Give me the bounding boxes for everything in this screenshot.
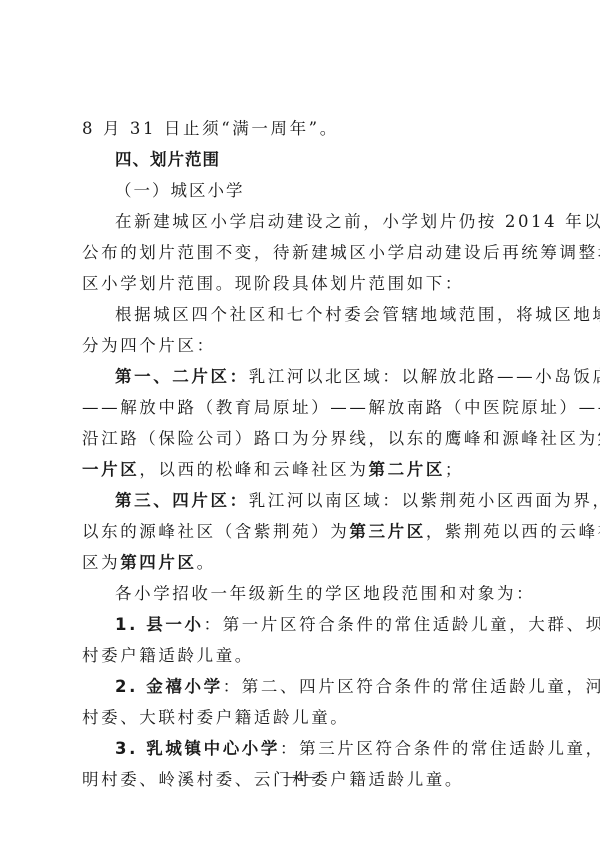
school-name: 3. 乳城镇中心小学 bbox=[115, 739, 280, 758]
line-text: 根据城区四个社区和七个村委会管辖地域范围，将城区地域 bbox=[115, 305, 600, 324]
paragraph-line: 分为四个片区： bbox=[82, 330, 524, 361]
paragraph-line: 在新建城区小学启动建设之前，小学划片仍按 2014 年以来 bbox=[82, 206, 524, 237]
subsection-heading: （一）城区小学 bbox=[82, 175, 524, 206]
line-text: 村委、大联村委户籍适龄儿童。 bbox=[82, 708, 349, 727]
line-text: 各小学招收一年级新生的学区地段范围和对象为： bbox=[115, 584, 535, 603]
subsection-heading-text: （一）城区小学 bbox=[115, 181, 245, 200]
body-text: 8 月 31 日止须“满一周年”。 四、划片范围 （一）城区小学 在新建城区小学… bbox=[82, 113, 524, 795]
bold-term: 第三片区 bbox=[349, 522, 425, 541]
line-text: 乳江河以北区域：以解放北路——小岛饭店 bbox=[249, 367, 600, 386]
paragraph-line: 一片区，以西的松峰和云峰社区为第二片区； bbox=[82, 454, 524, 485]
paragraph-line: ——解放中路（教育局原址）——解放南路（中医院原址）—— bbox=[82, 392, 524, 423]
line-text: 8 月 31 日止须“满一周年”。 bbox=[82, 119, 339, 138]
paragraph-line: 以东的源峰社区（含紫荆苑）为第三片区，紫荆苑以西的云峰社 bbox=[82, 516, 524, 547]
bold-label: 第三、四片区： bbox=[115, 491, 249, 510]
paragraph-line: 村委户籍适龄儿童。 bbox=[82, 640, 524, 671]
line-text: ，紫荆苑以西的云峰社 bbox=[426, 522, 600, 541]
line-text: ：第二、四片区符合条件的常住适龄儿童，河北 bbox=[223, 677, 600, 696]
paragraph-line: 第三、四片区：乳江河以南区域：以紫荆苑小区西面为界， bbox=[82, 485, 524, 516]
line-text: 公布的划片范围不变，待新建城区小学启动建设后再统筹调整城 bbox=[82, 243, 600, 262]
bold-term: 一片区 bbox=[82, 460, 139, 479]
paragraph-line: 8 月 31 日止须“满一周年”。 bbox=[82, 113, 524, 144]
school-name: 2. 金禧小学 bbox=[115, 677, 223, 696]
school-name: 1. 县一小 bbox=[115, 615, 204, 634]
paragraph-line: 根据城区四个社区和七个村委会管辖地域范围，将城区地域 bbox=[82, 299, 524, 330]
page-number: —4— bbox=[0, 770, 600, 785]
line-text: 区为 bbox=[82, 553, 120, 572]
line-text: ； bbox=[445, 460, 464, 479]
section-heading: 四、划片范围 bbox=[82, 144, 524, 175]
school-item: 1. 县一小：第一片区符合条件的常住适龄儿童，大群、坝厂 bbox=[82, 609, 524, 640]
line-text: ——解放中路（教育局原址）——解放南路（中医院原址）—— bbox=[82, 398, 600, 417]
line-text: ，以西的松峰和云峰社区为 bbox=[139, 460, 368, 479]
line-text: ：第三片区符合条件的常住适龄儿童，鲜 bbox=[280, 739, 600, 758]
line-text: 区小学划片范围。现阶段具体划片范围如下： bbox=[82, 274, 464, 293]
line-text: 村委户籍适龄儿童。 bbox=[82, 646, 254, 665]
paragraph-line: 区为第四片区。 bbox=[82, 547, 524, 578]
paragraph-line: 第一、二片区：乳江河以北区域：以解放北路——小岛饭店 bbox=[82, 361, 524, 392]
line-text: 乳江河以南区域：以紫荆苑小区西面为界， bbox=[249, 491, 600, 510]
paragraph-line: 各小学招收一年级新生的学区地段范围和对象为： bbox=[82, 578, 524, 609]
bold-term: 第四片区 bbox=[120, 553, 196, 572]
paragraph-line: 公布的划片范围不变，待新建城区小学启动建设后再统筹调整城 bbox=[82, 237, 524, 268]
paragraph-line: 区小学划片范围。现阶段具体划片范围如下： bbox=[82, 268, 524, 299]
paragraph-line: 村委、大联村委户籍适龄儿童。 bbox=[82, 702, 524, 733]
line-text: 分为四个片区： bbox=[82, 336, 216, 355]
school-item: 2. 金禧小学：第二、四片区符合条件的常住适龄儿童，河北 bbox=[82, 671, 524, 702]
line-text: 沿江路（保险公司）路口为分界线，以东的鹰峰和源峰社区为 bbox=[82, 429, 598, 448]
bold-label: 第一、二片区： bbox=[115, 367, 249, 386]
school-item: 3. 乳城镇中心小学：第三片区符合条件的常住适龄儿童，鲜 bbox=[82, 733, 524, 764]
line-text: 。 bbox=[197, 553, 216, 572]
section-heading-text: 四、划片范围 bbox=[115, 150, 220, 169]
document-page: 8 月 31 日止须“满一周年”。 四、划片范围 （一）城区小学 在新建城区小学… bbox=[0, 0, 600, 849]
bold-term: 第二片区 bbox=[369, 460, 445, 479]
line-text: 以东的源峰社区（含紫荆苑）为 bbox=[82, 522, 349, 541]
line-text: 在新建城区小学启动建设之前，小学划片仍按 2014 年以来 bbox=[115, 212, 600, 231]
paragraph-line: 沿江路（保险公司）路口为分界线，以东的鹰峰和源峰社区为第 bbox=[82, 423, 524, 454]
line-text: ：第一片区符合条件的常住适龄儿童，大群、坝厂 bbox=[204, 615, 600, 634]
